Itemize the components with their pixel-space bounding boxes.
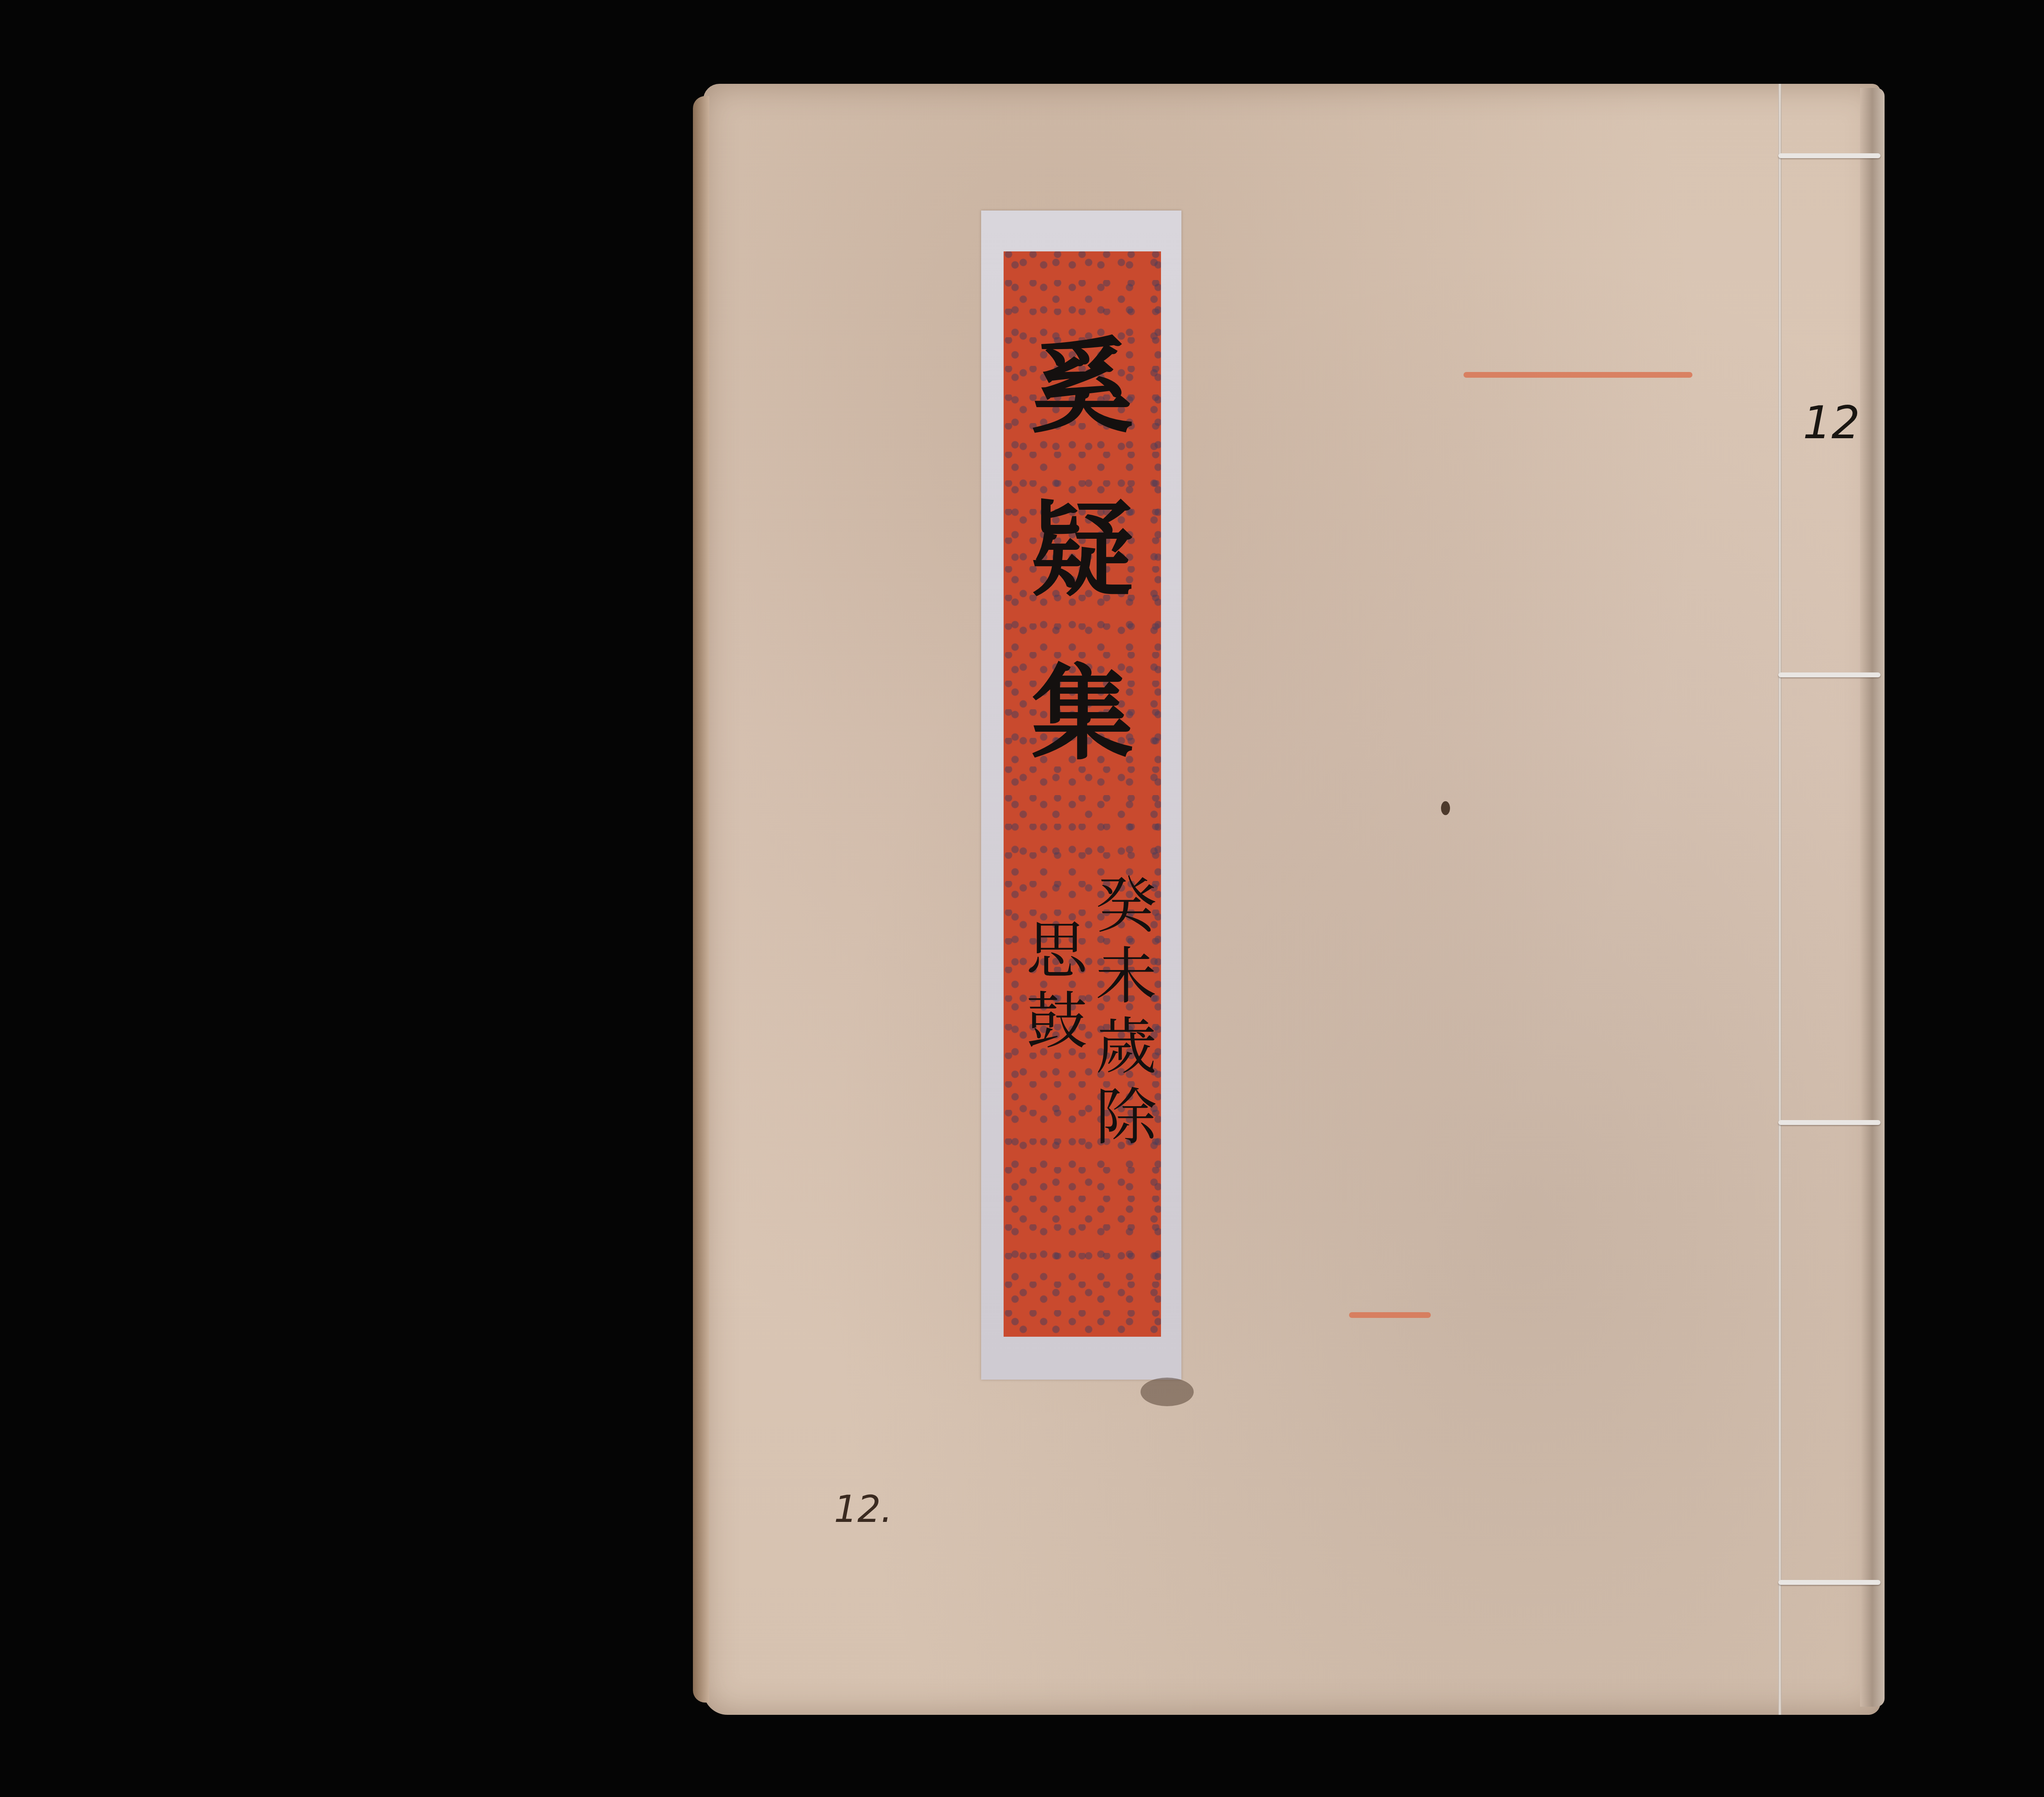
- binding-thread-vertical: [1778, 84, 1782, 1715]
- book-page-edges: [1860, 88, 1885, 1707]
- red-pencil-mark: [1464, 372, 1692, 378]
- handwritten-number-bottom: 12.: [834, 1488, 892, 1531]
- title-char: 疑: [1031, 499, 1134, 601]
- inscription-char: 未: [1096, 941, 1157, 1012]
- binding-stitch: [1778, 1580, 1880, 1585]
- inscription: 癸 未 歲 除 思 鼓: [1026, 871, 1157, 1153]
- title-char: 奚: [1031, 335, 1134, 437]
- binding-stitch: [1778, 1120, 1880, 1125]
- inscription-char: 癸: [1096, 871, 1157, 941]
- book-cover: [703, 84, 1880, 1715]
- binding-stitch: [1778, 672, 1880, 677]
- inscription-char: 除: [1096, 1082, 1157, 1153]
- book-left-edge: [693, 96, 709, 1703]
- inscription-char: 鼓: [1026, 986, 1087, 1057]
- inscription-char: 思: [1026, 916, 1087, 986]
- red-pencil-mark: [1349, 1312, 1431, 1318]
- inscription-date-column: 癸 未 歲 除: [1096, 871, 1157, 1153]
- binding-stitch: [1778, 153, 1880, 158]
- handwritten-number-top: 12: [1803, 397, 1860, 449]
- book-title: 奚 疑 集: [1004, 335, 1161, 764]
- inscription-char: 歲: [1096, 1012, 1157, 1082]
- ink-spot: [1441, 801, 1450, 815]
- title-char: 集: [1031, 662, 1134, 764]
- damage-stain: [1141, 1378, 1194, 1406]
- inscription-signature-column: 思 鼓: [1026, 916, 1087, 1153]
